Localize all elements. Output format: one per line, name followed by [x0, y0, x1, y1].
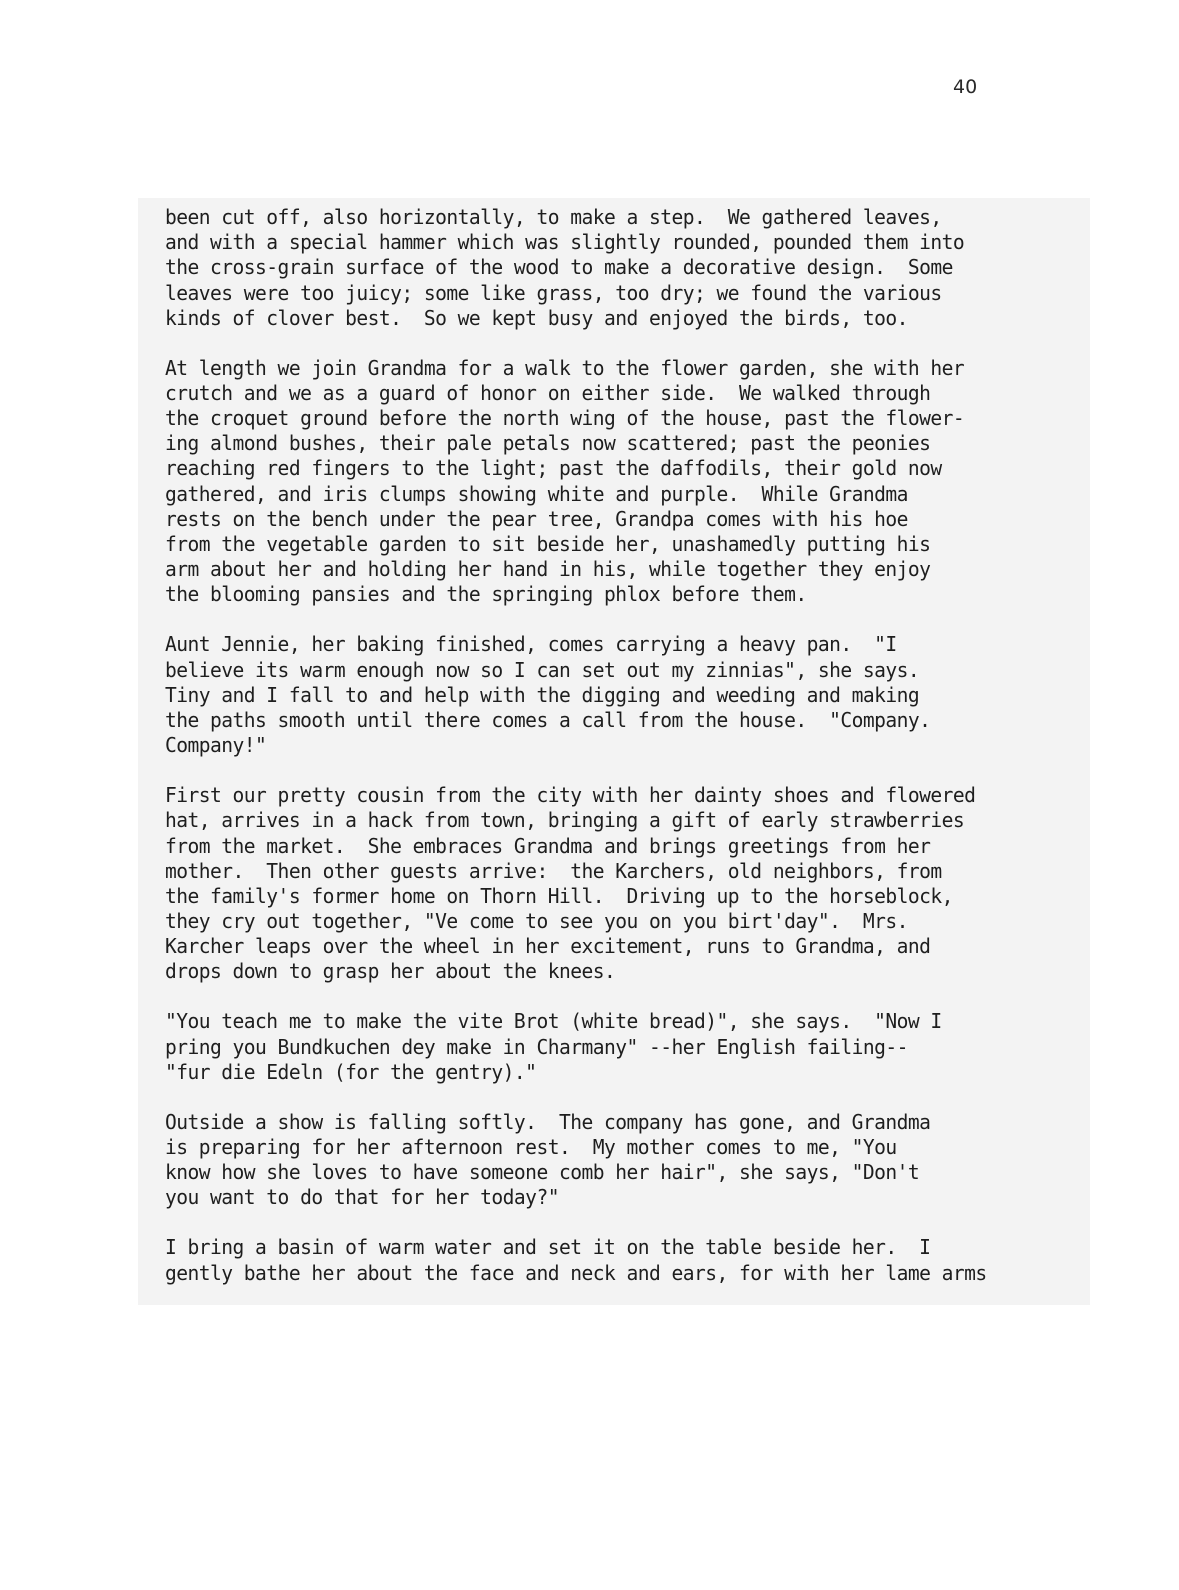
text-line: "fur die Edeln (for the gentry)." — [165, 1060, 1057, 1085]
text-line: arm about her and holding her hand in hi… — [165, 557, 1057, 582]
text-line: the croquet ground before the north wing… — [165, 406, 1057, 431]
text-line: "You teach me to make the vite Brot (whi… — [165, 1009, 1057, 1034]
text-line: gently bathe her about the face and neck… — [165, 1261, 1057, 1286]
paragraph: I bring a basin of warm water and set it… — [165, 1235, 1085, 1285]
paragraph: Outside a show is falling softly. The co… — [165, 1110, 1085, 1211]
paragraph: At length we join Grandma for a walk to … — [165, 356, 1085, 608]
text-line: leaves were too juicy; some like grass, … — [165, 281, 1057, 306]
text-line: reaching red fingers to the light; past … — [165, 456, 1057, 481]
text-line: rests on the bench under the pear tree, … — [165, 507, 1057, 532]
text-line: Karcher leaps over the wheel in her exci… — [165, 934, 1057, 959]
text-line: drops down to grasp her about the knees. — [165, 959, 1057, 984]
body-text: been cut off, also horizontally, to make… — [165, 205, 1085, 1311]
text-line: the family's former home on Thorn Hill. … — [165, 884, 1057, 909]
text-line: crutch and we as a guard of honor on eit… — [165, 381, 1057, 406]
text-line: from the market. She embraces Grandma an… — [165, 834, 1057, 859]
text-line: the paths smooth until there comes a cal… — [165, 708, 1057, 733]
text-line: you want to do that for her today?" — [165, 1185, 1057, 1210]
text-line: know how she loves to have someone comb … — [165, 1160, 1057, 1185]
text-line: is preparing for her afternoon rest. My … — [165, 1135, 1057, 1160]
paragraph: First our pretty cousin from the city wi… — [165, 783, 1085, 985]
text-line: the cross-grain surface of the wood to m… — [165, 255, 1057, 280]
text-line: and with a special hammer which was slig… — [165, 230, 1057, 255]
text-line: hat, arrives in a hack from town, bringi… — [165, 808, 1057, 833]
text-line: mother. Then other guests arrive: the Ka… — [165, 859, 1057, 884]
text-line: they cry out together, "Ve come to see y… — [165, 909, 1057, 934]
text-line: Aunt Jennie, her baking finished, comes … — [165, 632, 1057, 657]
text-line: Outside a show is falling softly. The co… — [165, 1110, 1057, 1135]
text-line: pring you Bundkuchen dey make in Charman… — [165, 1035, 1057, 1060]
text-line: I bring a basin of warm water and set it… — [165, 1235, 1057, 1260]
text-line: First our pretty cousin from the city wi… — [165, 783, 1057, 808]
text-line: Company!" — [165, 733, 1057, 758]
page-number: 40 — [953, 76, 977, 98]
text-line: gathered, and iris clumps showing white … — [165, 482, 1057, 507]
text-line: the blooming pansies and the springing p… — [165, 582, 1057, 607]
paragraph: been cut off, also horizontally, to make… — [165, 205, 1085, 331]
text-line: from the vegetable garden to sit beside … — [165, 532, 1057, 557]
text-line: been cut off, also horizontally, to make… — [165, 205, 1057, 230]
paragraph: "You teach me to make the vite Brot (whi… — [165, 1009, 1085, 1085]
text-line: ing almond bushes, their pale petals now… — [165, 431, 1057, 456]
text-line: Tiny and I fall to and help with the dig… — [165, 683, 1057, 708]
text-line: kinds of clover best. So we kept busy an… — [165, 306, 1057, 331]
text-line: At length we join Grandma for a walk to … — [165, 356, 1057, 381]
paragraph: Aunt Jennie, her baking finished, comes … — [165, 632, 1085, 758]
text-line: believe its warm enough now so I can set… — [165, 658, 1057, 683]
